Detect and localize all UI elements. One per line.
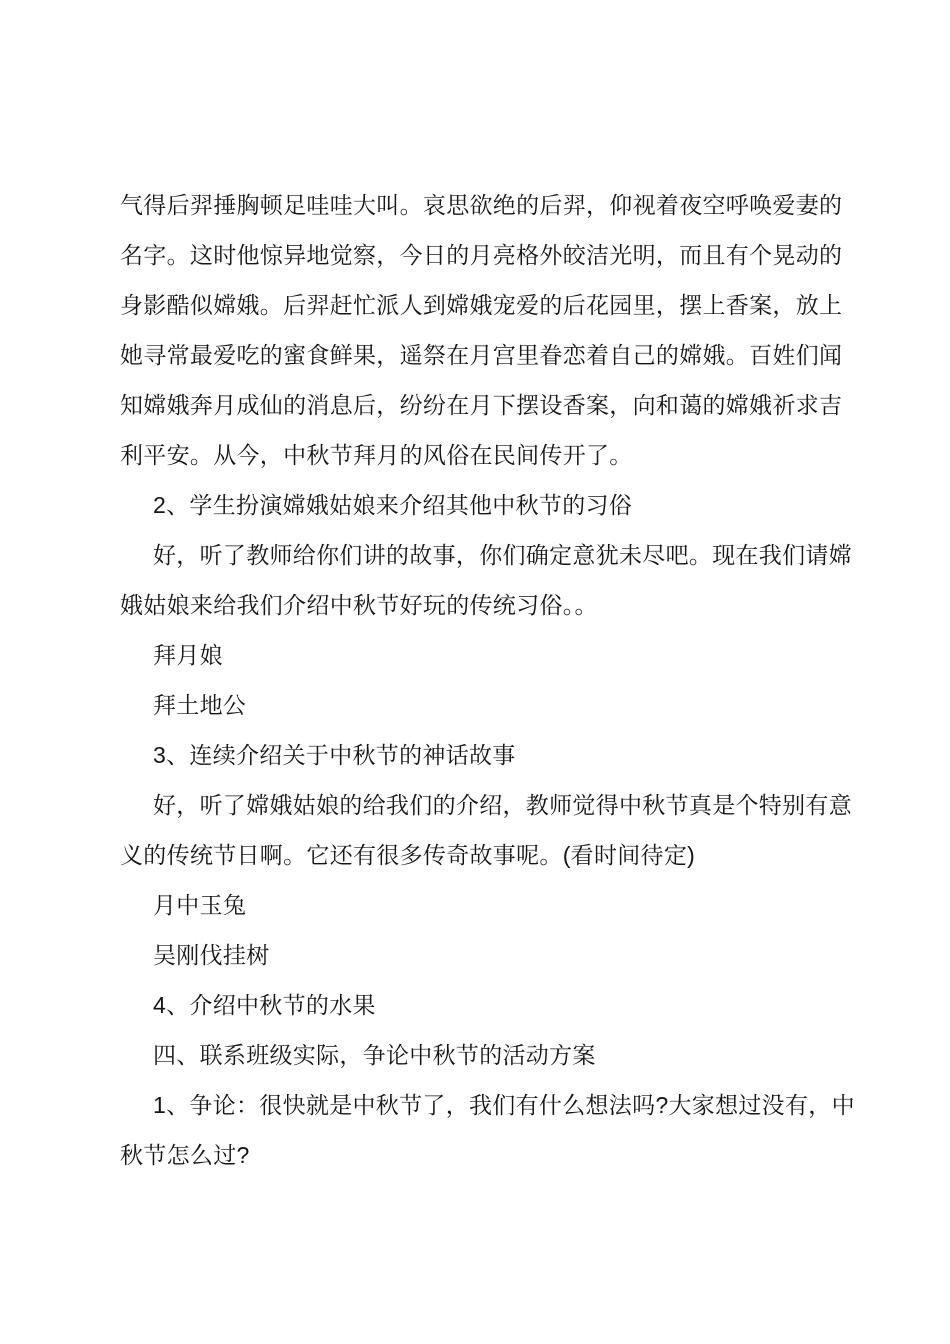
text-line: 好，听了教师给你们讲的故事，你们确定意犹未尽吧。现在我们请嫦 (120, 530, 862, 580)
text-line: 拜月娘 (120, 630, 862, 680)
document-page: 气得后羿捶胸顿足哇哇大叫。哀思欲绝的后羿，仰视着夜空呼唤爱妻的名字。这时他惊异地… (0, 0, 950, 1344)
text-line: 娥姑娘来给我们介绍中秋节好玩的传统习俗。。 (120, 580, 862, 630)
text-line: 四、联系班级实际，争论中秋节的活动方案 (120, 1030, 862, 1080)
text-line: 利平安。从今，中秋节拜月的风俗在民间传开了。 (120, 430, 862, 480)
text-line: 气得后羿捶胸顿足哇哇大叫。哀思欲绝的后羿，仰视着夜空呼唤爱妻的 (120, 180, 862, 230)
text-line: 好，听了嫦娥姑娘的给我们的介绍，教师觉得中秋节真是个特别有意 (120, 780, 862, 830)
text-line: 知嫦娥奔月成仙的消息后，纷纷在月下摆设香案，向和蔼的嫦娥祈求吉 (120, 380, 862, 430)
text-line: 秋节怎么过? (120, 1130, 862, 1180)
text-line: 她寻常最爱吃的蜜食鲜果，遥祭在月宫里眷恋着自己的嫦娥。百姓们闻 (120, 330, 862, 380)
text-line: 3、连续介绍关于中秋节的神话故事 (120, 730, 862, 780)
text-line: 1、争论：很快就是中秋节了，我们有什么想法吗?大家想过没有，中 (120, 1080, 862, 1130)
text-line: 月中玉兔 (120, 880, 862, 930)
text-line: 吴刚伐挂树 (120, 930, 862, 980)
text-line: 4、介绍中秋节的水果 (120, 980, 862, 1030)
text-line: 身影酷似嫦娥。后羿赶忙派人到嫦娥宠爱的后花园里，摆上香案，放上 (120, 280, 862, 330)
text-line: 名字。这时他惊异地觉察，今日的月亮格外皎洁光明，而且有个晃动的 (120, 230, 862, 280)
text-line: 义的传统节日啊。它还有很多传奇故事呢。(看时间待定) (120, 830, 862, 880)
text-line: 2、学生扮演嫦娥姑娘来介绍其他中秋节的习俗 (120, 480, 862, 530)
document-text: 气得后羿捶胸顿足哇哇大叫。哀思欲绝的后羿，仰视着夜空呼唤爱妻的名字。这时他惊异地… (120, 180, 862, 1180)
text-line: 拜土地公 (120, 680, 862, 730)
